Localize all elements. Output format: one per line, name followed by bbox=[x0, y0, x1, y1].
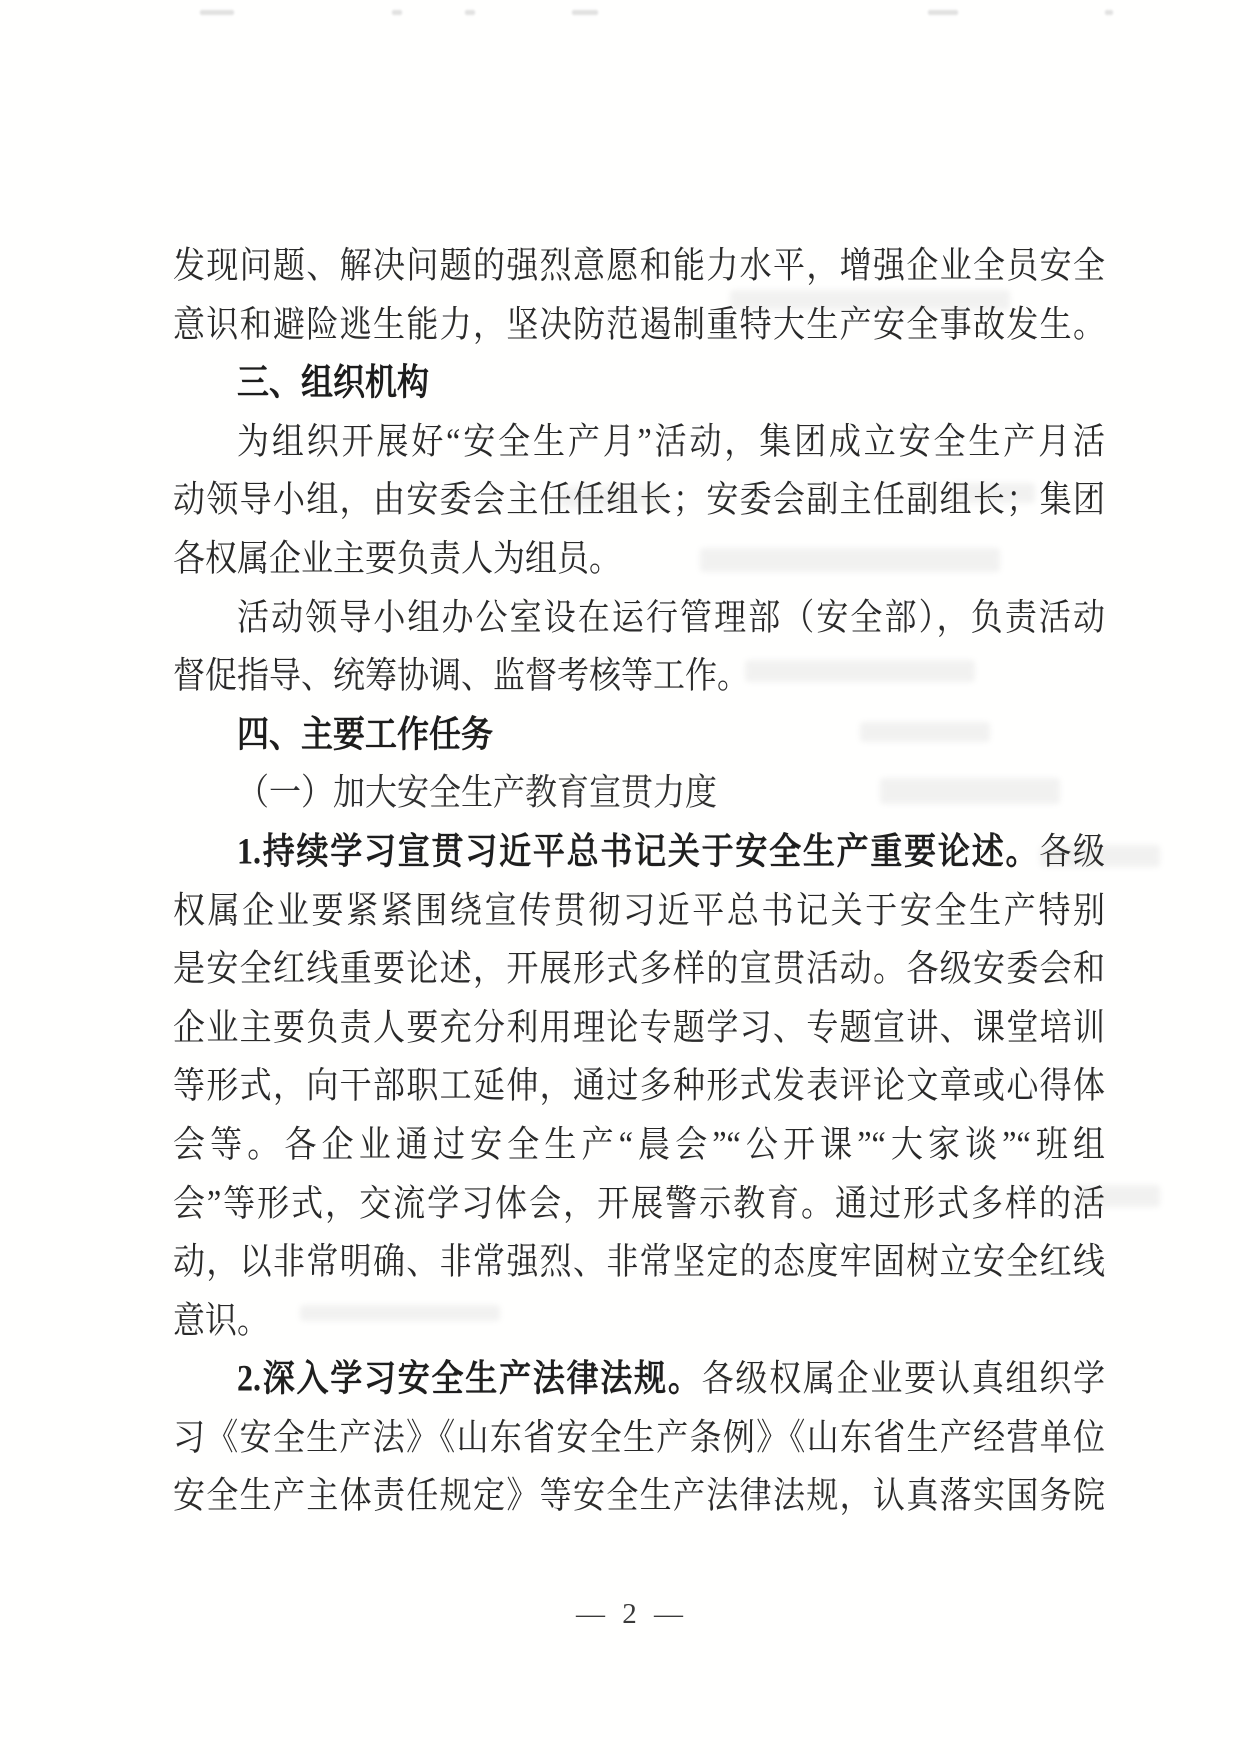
body-line: 是安全红线重要论述，开展形式多样的宣贯活动。各级安委会和 bbox=[173, 935, 1105, 1002]
page-number: — 2 — bbox=[12, 1594, 1240, 1634]
body-line: 发现问题、解决问题的强烈意愿和能力水平，增强企业全员安全 bbox=[173, 232, 1105, 299]
body-line: 活动领导小组办公室设在运行管理部（安全部），负责活动 bbox=[173, 583, 1105, 650]
subsection-heading: （一）加大安全生产教育宣贯力度 bbox=[173, 759, 1105, 826]
scan-noise-speck bbox=[1105, 10, 1113, 15]
item-lead-bold: 1.持续学习宣贯习近平总书记关于安全生产重要论述。 bbox=[237, 830, 1039, 871]
scan-noise-speck bbox=[572, 10, 598, 15]
body-line: 1.持续学习宣贯习近平总书记关于安全生产重要论述。各级 bbox=[173, 818, 1105, 885]
section-heading-4: 四、主要工作任务 bbox=[173, 701, 1105, 768]
scan-noise-speck bbox=[200, 10, 234, 15]
scan-noise-speck bbox=[392, 10, 402, 15]
body-line: 等形式，向干部职工延伸，通过多种形式发表评论文章或心得体 bbox=[173, 1052, 1105, 1119]
body-line: 动，以非常明确、非常强烈、非常坚定的态度牢固树立安全红线 bbox=[173, 1228, 1105, 1295]
scan-noise-speck bbox=[928, 10, 958, 15]
body-line: 企业主要负责人要充分利用理论专题学习、专题宣讲、课堂培训 bbox=[173, 994, 1105, 1061]
item-lead-rest: 各级 bbox=[1039, 830, 1105, 871]
section-heading-3: 三、组织机构 bbox=[173, 349, 1105, 416]
body-line: 2.深入学习安全生产法律法规。各级权属企业要认真组织学 bbox=[173, 1345, 1105, 1412]
document-page: 发现问题、解决问题的强烈意愿和能力水平，增强企业全员安全 意识和避险逃生能力，坚… bbox=[0, 0, 1240, 1754]
item-lead-bold: 2.深入学习安全生产法律法规。 bbox=[237, 1358, 702, 1399]
body-line: 为组织开展好“安全生产月”活动，集团成立安全生产月活 bbox=[173, 408, 1105, 475]
body-line: 动领导小组，由安委会主任任组长；安委会副主任副组长；集团 bbox=[173, 466, 1105, 533]
body-line: 意识。 bbox=[173, 1287, 1105, 1354]
scanned-document-page: { "document": { "lines": [ { "text": "发现… bbox=[0, 0, 1240, 1754]
body-line: 各权属企业主要负责人为组员。 bbox=[173, 525, 1105, 592]
body-line: 会”等形式，交流学习体会，开展警示教育。通过形式多样的活 bbox=[173, 1169, 1105, 1236]
body-line: 权属企业要紧紧围绕宣传贯彻习近平总书记关于安全生产特别 bbox=[173, 876, 1105, 943]
body-line: 会等。各企业通过安全生产“晨会”“公开课”“大家谈”“班组 bbox=[173, 1111, 1105, 1178]
document-text-block: 发现问题、解决问题的强烈意愿和能力水平，增强企业全员安全 意识和避险逃生能力，坚… bbox=[173, 236, 1105, 1525]
body-line: 意识和避险逃生能力，坚决防范遏制重特大生产安全事故发生。 bbox=[173, 290, 1105, 357]
body-line: 习《安全生产法》《山东省安全生产条例》《山东省生产经营单位 bbox=[173, 1404, 1105, 1471]
scan-noise-speck bbox=[465, 10, 475, 15]
item-lead-rest: 各级权属企业要认真组织学 bbox=[702, 1358, 1105, 1399]
body-line: 督促指导、统筹协调、监督考核等工作。 bbox=[173, 642, 1105, 709]
body-line: 安全生产主体责任规定》等安全生产法律法规，认真落实国务院 bbox=[173, 1462, 1105, 1529]
